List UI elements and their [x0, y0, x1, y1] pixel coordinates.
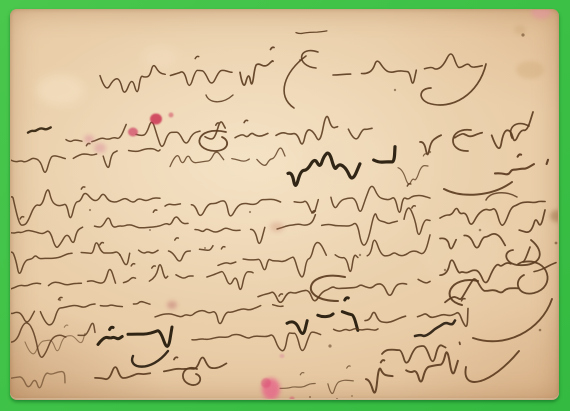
scan-description: Scanned handwritten postcard: illegible …	[0, 0, 1, 1]
postcard	[10, 9, 559, 400]
scan-background: { "scene": { "description": "Scanned han…	[0, 0, 570, 411]
